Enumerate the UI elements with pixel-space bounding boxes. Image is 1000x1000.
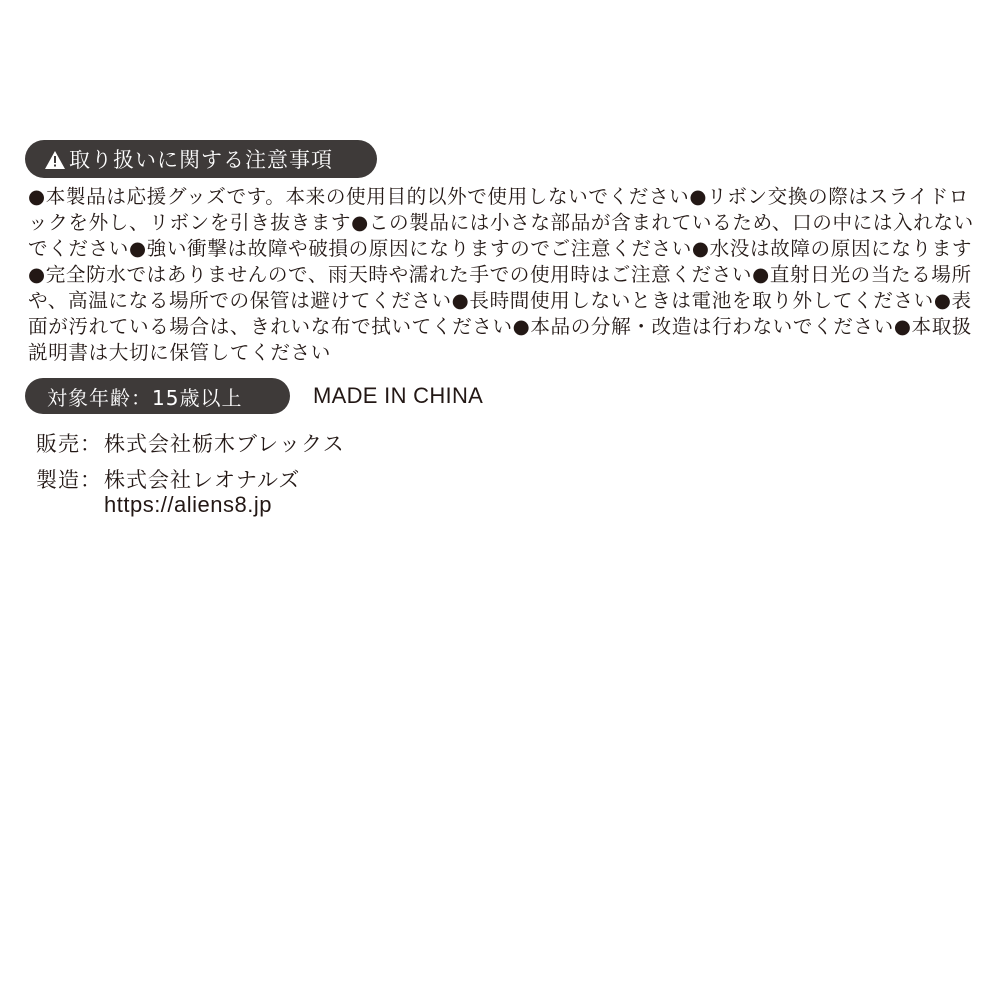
seller-value: 株式会社栃木ブレックス: [104, 432, 345, 456]
warning-triangle-icon: [45, 150, 65, 168]
age-badge: 対象年齢：15歳以上: [25, 378, 290, 414]
website-url: https://aliens8.jp: [104, 492, 272, 518]
seller-label: 販売：: [36, 428, 104, 458]
maker-line: 製造：株式会社レオナルズ: [36, 464, 300, 494]
warning-header: 取り扱いに関する注意事項: [25, 140, 377, 178]
caution-notes: ●本製品は応援グッズです。本来の使用目的以外で使用しないでください●リボン交換の…: [28, 184, 978, 366]
warning-title: 取り扱いに関する注意事項: [69, 144, 333, 174]
maker-label: 製造：: [36, 464, 104, 494]
seller-line: 販売：株式会社栃木ブレックス: [36, 428, 345, 458]
maker-value: 株式会社レオナルズ: [104, 468, 300, 492]
origin-label: MADE IN CHINA: [313, 383, 483, 409]
